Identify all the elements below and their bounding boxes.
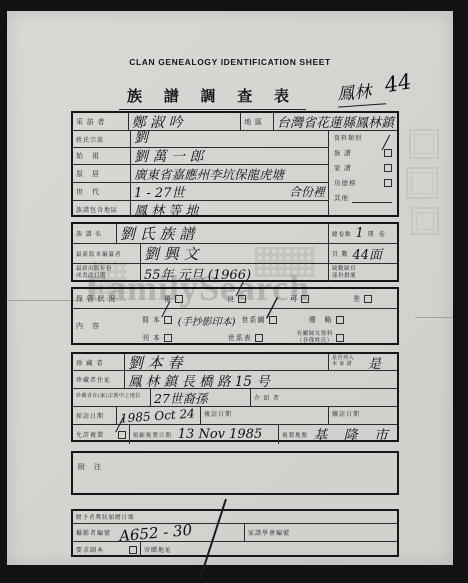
book-title-label: 族 譜 名 — [76, 229, 102, 238]
compiler-value: 劉 興 文 — [144, 243, 199, 264]
section-genealogy-book: 族 譜 名 劉 氏 族 譜 總卷數 1 冊 卷 最新版本編纂者 劉 興 文 頁 … — [71, 222, 399, 282]
ancestor-label: 始 祖 — [76, 151, 100, 161]
visit-date-value: 1985 Oct 24 — [120, 406, 196, 425]
visit-date-label: 採訪日期 — [76, 411, 104, 420]
section-keeper-info: 珍 藏 者 劉 本 春 是否列入 本 家 譜 是 珍藏者住址 鳳 林 鎮 長 橋… — [71, 352, 399, 442]
page-code-place: 鳳林 — [337, 81, 386, 107]
content-women-line2: （非僅姓氏） — [297, 338, 333, 345]
checkbox-jiapu — [384, 164, 392, 172]
volume-unit-juan: 卷 — [379, 229, 386, 238]
checkbox-manuscript — [164, 316, 172, 324]
clan-value: 劉 — [134, 127, 148, 147]
manuscript-note: (手抄影印本) — [178, 313, 236, 328]
volumes-label: 總卷數 — [332, 230, 352, 238]
condition-good: 良 — [227, 294, 235, 304]
content-label: 内 容 — [76, 321, 100, 331]
category-option-zupu: 族 譜 — [334, 148, 352, 157]
condition-excellent: 優 — [164, 294, 172, 304]
clan-label: 姓氏宗族 — [76, 135, 104, 144]
content-manuscript: 寫 本 — [142, 315, 161, 325]
section-numbering: 贈予者獎狀頒贈日期 攝影者編號 A652 - 30 家譜學會編號 要求副本 ╱ … — [71, 509, 399, 557]
generations-label: 世 代 — [76, 187, 100, 197]
book-title-value: 劉 氏 族 譜 — [120, 223, 194, 244]
content-printed: 刊 本 — [142, 333, 161, 343]
copy-place-value: 基 隆 市 — [313, 425, 394, 445]
listed-label-line2: 本 家 譜 — [332, 362, 352, 368]
checkbox-zupu — [384, 149, 392, 157]
checkbox-fair — [301, 295, 309, 303]
archive-stamp — [409, 129, 439, 159]
microfilm-date-label: 預縮複製日期 — [133, 431, 172, 439]
origin-label: 原 居 — [76, 169, 100, 179]
keeper-address-label: 珍藏者住址 — [76, 375, 111, 384]
compiler-label: 最新版本編纂者 — [76, 250, 122, 258]
generations-extra: 合份裡 — [289, 183, 325, 200]
introducer-label: 介 紹 者 — [254, 393, 280, 402]
category-option-jiapu: 家 譜 — [334, 163, 352, 172]
notes-label: 附 注 — [78, 463, 102, 471]
scan-crease — [7, 300, 77, 301]
pages-value: 44面 — [353, 244, 383, 263]
content-pedigree-chart: 世系圖 — [242, 315, 266, 325]
copy-place-label: 複製地點 — [282, 431, 308, 439]
pubdate-label-line1: 最新出版年份 — [76, 266, 112, 273]
region-value: 台灣省花蓮縣鳳林鎮 — [277, 112, 394, 131]
volumes-value: 1 — [356, 226, 364, 241]
other-blank-line — [352, 193, 392, 203]
checkbox-printed — [164, 334, 172, 342]
ancestor-value: 劉 萬 一 郎 — [134, 146, 203, 166]
photographer-no-label: 攝影者編號 — [76, 528, 111, 537]
section-notes: 附 注 — [71, 451, 399, 495]
area-label: 族譜包含地區 — [76, 205, 118, 214]
pages-label: 頁 數 — [332, 249, 349, 258]
checkbox-biography — [336, 316, 344, 324]
origin-value: 廣東省嘉應州李坑保龍虎塘 — [134, 165, 284, 183]
volume-unit-ce: 冊 — [368, 229, 375, 238]
revisit-date-label: 複訪日期 — [204, 409, 232, 418]
interviewer-label: 采 訪 者 — [76, 117, 106, 127]
handwritten-page-code: 鳳林44 — [336, 74, 412, 104]
category-option-other: 其他 — [334, 193, 349, 202]
permit-copy-label: 允許複製 — [76, 430, 104, 439]
content-pedigree-table: 世系表 — [228, 333, 252, 343]
checkbox-pedigree-chart — [269, 316, 277, 324]
content-women-line1: 有關婦女資料 — [297, 331, 333, 338]
society-no-label: 家譜學會編號 — [248, 528, 290, 537]
condition-label: 保 管 狀 況 — [76, 294, 116, 304]
award-date-label: 贈予者獎狀頒贈日期 — [76, 513, 135, 521]
keeper-address-value: 鳳 林 鎮 長 橋 路 15 号 — [128, 370, 270, 390]
archive-stamp — [411, 207, 439, 235]
condition-poor: 差 — [353, 294, 361, 304]
page-code-number: 44 — [383, 69, 413, 97]
scan-crease — [415, 317, 453, 318]
damage-label-line1: 缺數缺頁 — [332, 266, 356, 273]
keeper-label: 珍 藏 者 — [76, 358, 104, 367]
checkbox-excellent — [175, 295, 183, 303]
checkbox-poor — [364, 295, 372, 303]
send-address-label: 寄贈地址 — [144, 545, 172, 554]
checkbox-permit-copy — [118, 431, 126, 439]
pubdate-label-line2: 成書改日期 — [76, 273, 106, 280]
listed-value: 是 — [368, 353, 381, 372]
checkbox-good — [238, 295, 246, 303]
scanned-sheet: CLAN GENEALOGY IDENTIFICATION SHEET 族 譜 … — [7, 11, 453, 565]
microfilm-date-value: 13 Nov 1985 — [178, 427, 262, 442]
keeper-position-label: 珍藏者在(家)宗族中之地位 — [76, 394, 141, 400]
document-title-chinese: 族 譜 調 查 表 — [119, 85, 306, 110]
checkbox-gongdebang — [384, 179, 392, 187]
generations-value: 1 - 27世 — [134, 182, 184, 201]
section-basic-info: 采 訪 者 鄭 淑 吟 地 區 台灣省花蓮縣鳳林鎮 姓氏宗族 劉 始 祖 劉 萬… — [71, 111, 399, 217]
category-option-gongdebang: 功德榜 — [334, 178, 357, 187]
document-title-english: CLAN GENEALOGY IDENTIFICATION SHEET — [67, 57, 393, 67]
condition-fair: 可 — [290, 294, 298, 304]
checkbox-women — [336, 334, 344, 342]
damage-label-line2: 部份損壞 — [332, 273, 356, 280]
followup-date-label: 續訪日期 — [332, 409, 360, 418]
area-value: 鳳 林 等 地 — [134, 200, 198, 219]
keeper-position-value: 27世裔孫 — [154, 389, 207, 407]
pubdate-value: 55年 元旦 (1966) — [144, 264, 251, 283]
checkbox-copy-request — [129, 546, 137, 554]
checkbox-pedigree-table — [255, 334, 263, 342]
copy-request-label: 要求副本 — [76, 545, 104, 554]
category-title: 資料類別 — [334, 133, 392, 142]
section-condition-content: 保 管 狀 況 優╱ 良╱ 可╱ 差╱ 内 容 寫 本╱ (手抄影印本) 世系圖… — [71, 287, 399, 345]
archive-stamp — [406, 167, 438, 199]
scanned-document-viewport: CLAN GENEALOGY IDENTIFICATION SHEET 族 譜 … — [0, 0, 468, 583]
region-label: 地 區 — [244, 117, 263, 127]
content-biography: 傳 略 — [309, 315, 333, 325]
